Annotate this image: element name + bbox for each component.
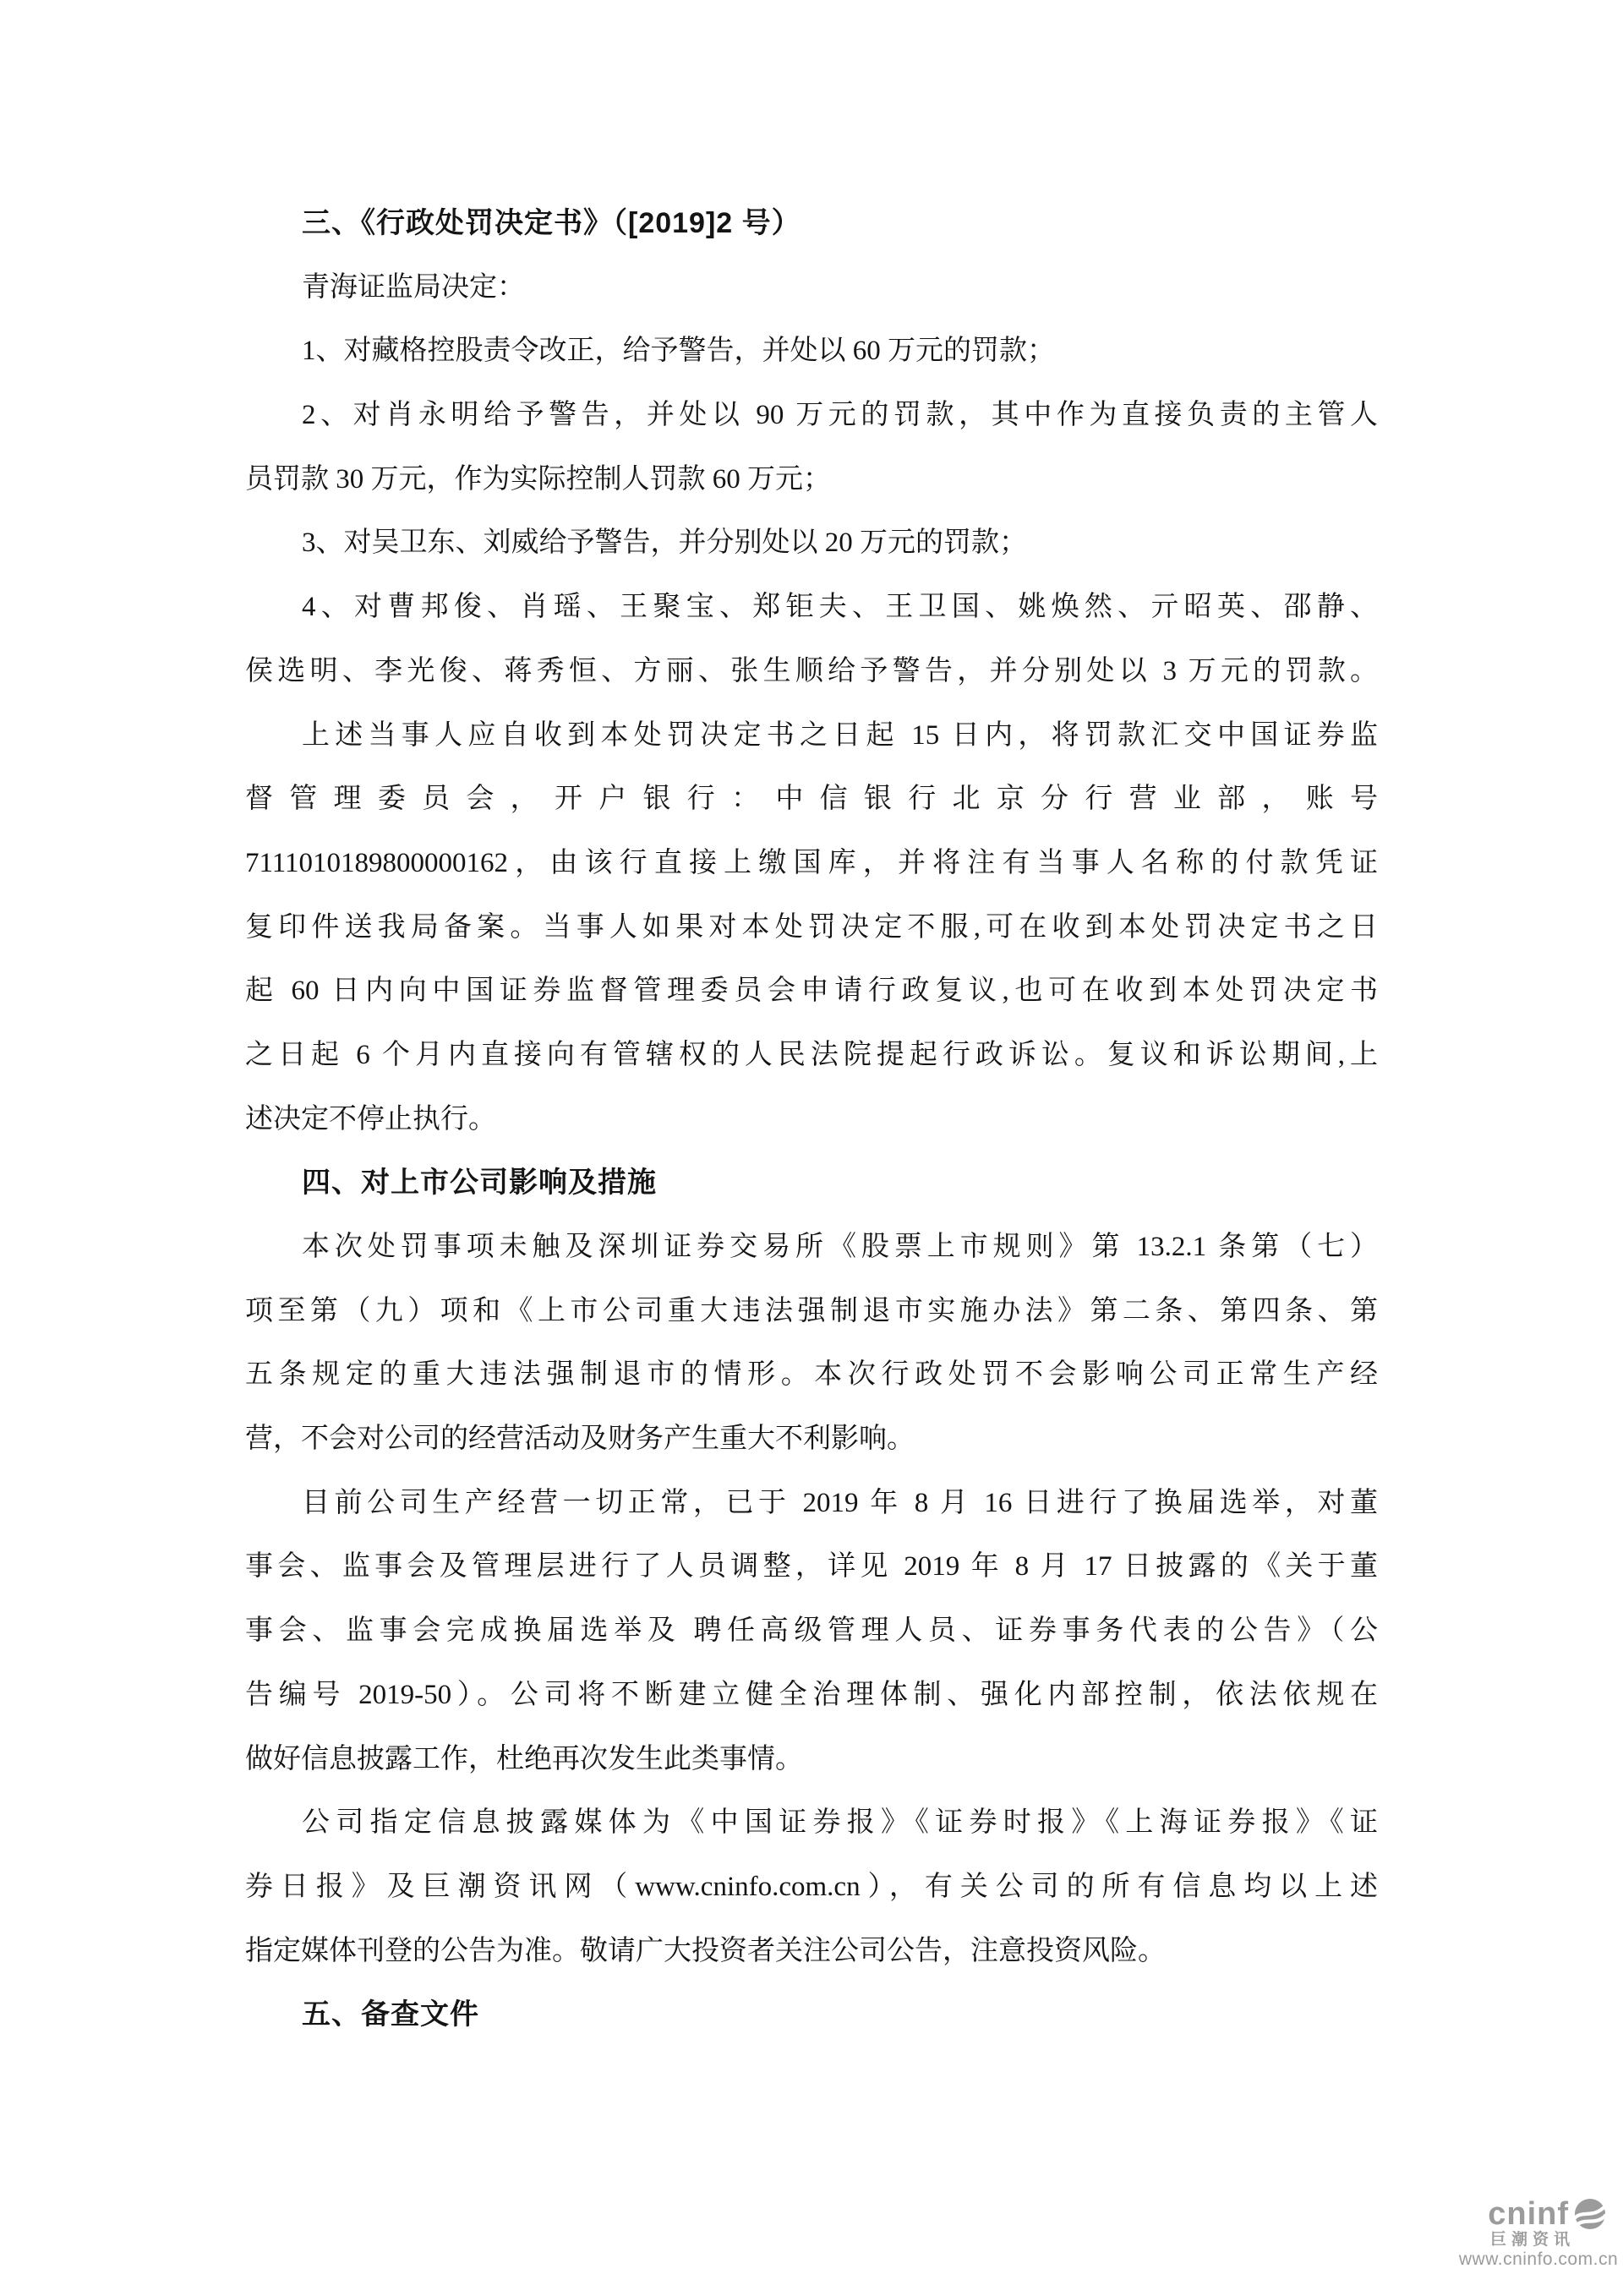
- text-line: 之日起 6 个月内直接向有管辖权的人民法院提起行政诉讼。复议和诉讼期间,上: [245, 1024, 1378, 1088]
- text-line: 督管理委员会，开户银行：中信银行北京分行营业部，账号: [245, 768, 1378, 832]
- text-line: 1、对藏格控股责令改正，给予警告，并处以 60 万元的罚款；: [245, 320, 1378, 384]
- text-line: 述决定不停止执行。: [245, 1088, 1378, 1152]
- text-line: 目前公司生产经营一切正常，已于 2019 年 8 月 16 日进行了换届选举，对…: [245, 1472, 1378, 1536]
- text-line: 3、对吴卫东、刘威给予警告，并分别处以 20 万元的罚款；: [245, 511, 1378, 576]
- cninfo-subtitle: 巨潮资讯: [1490, 2230, 1575, 2250]
- text-line: 复印件送我局备案。当事人如果对本处罚决定不服,可在收到本处罚决定书之日: [245, 896, 1378, 960]
- text-line: 指定媒体刊登的公告为准。敬请广大投资者关注公司公告，注意投资风险。: [245, 1920, 1378, 1984]
- globe-swoosh-icon: [1574, 2198, 1606, 2230]
- text-line: 公司指定信息披露媒体为《中国证券报》《证券时报》《上海证券报》《证: [245, 1791, 1378, 1856]
- cninfo-watermark: cninf 巨潮资讯 www.cninfo.com.cn: [1462, 2198, 1615, 2269]
- cninfo-brand-row: cninf: [1462, 2198, 1615, 2230]
- section-heading: 三、《行政处罚决定书》（[2019]2 号）: [245, 192, 1378, 256]
- text-line: 上述当事人应自收到本处罚决定书之日起 15 日内，将罚款汇交中国证券监: [245, 704, 1378, 768]
- text-line: 五条规定的重大违法强制退市的情形。本次行政处罚不会影响公司正常生产经: [245, 1343, 1378, 1408]
- document-body: 三、《行政处罚决定书》（[2019]2 号）青海证监局决定：1、对藏格控股责令改…: [245, 192, 1378, 2047]
- text-line: 券日报》及巨潮资讯网（www.cninfo.com.cn），有关公司的所有信息均…: [245, 1856, 1378, 1920]
- text-line: 员罚款 30 万元，作为实际控制人罚款 60 万元；: [245, 448, 1378, 512]
- text-line: 7111010189800000162，由该行直接上缴国库，并将注有当事人名称的…: [245, 832, 1378, 896]
- text-line: 青海证监局决定：: [245, 256, 1378, 320]
- text-line: 项至第（九）项和《上市公司重大违法强制退市实施办法》第二条、第四条、第: [245, 1280, 1378, 1344]
- section-heading: 五、备查文件: [245, 1983, 1378, 2047]
- text-line: 事会、监事会完成换届选举及 聘任高级管理人员、证券事务代表的公告》（公: [245, 1599, 1378, 1664]
- cninfo-brand-text: cninf: [1488, 2198, 1569, 2230]
- document-page: 三、《行政处罚决定书》（[2019]2 号）青海证监局决定：1、对藏格控股责令改…: [0, 0, 1623, 2296]
- text-line: 侯选明、李光俊、蒋秀恒、方丽、张生顺给予警告，并分别处以 3 万元的罚款。: [245, 640, 1378, 704]
- text-line: 起 60 日内向中国证券监督管理委员会申请行政复议,也可在收到本处罚决定书: [245, 959, 1378, 1024]
- text-line: 营，不会对公司的经营活动及财务产生重大不利影响。: [245, 1408, 1378, 1472]
- text-line: 事会、监事会及管理层进行了人员调整，详见 2019 年 8 月 17 日披露的《…: [245, 1535, 1378, 1599]
- text-line: 4、对曹邦俊、肖瑶、王聚宝、郑钜夫、王卫国、姚焕然、亓昭英、邵静、: [245, 576, 1378, 640]
- cninfo-url: www.cninfo.com.cn: [1459, 2250, 1618, 2269]
- section-heading: 四、对上市公司影响及措施: [245, 1151, 1378, 1216]
- text-line: 告编号 2019-50）。公司将不断建立健全治理体制、强化内部控制，依法依规在: [245, 1664, 1378, 1728]
- text-line: 本次处罚事项未触及深圳证券交易所《股票上市规则》第 13.2.1 条第（七）: [245, 1216, 1378, 1280]
- text-line: 2、对肖永明给予警告，并处以 90 万元的罚款，其中作为直接负责的主管人: [245, 384, 1378, 448]
- text-line: 做好信息披露工作，杜绝再次发生此类事情。: [245, 1728, 1378, 1792]
